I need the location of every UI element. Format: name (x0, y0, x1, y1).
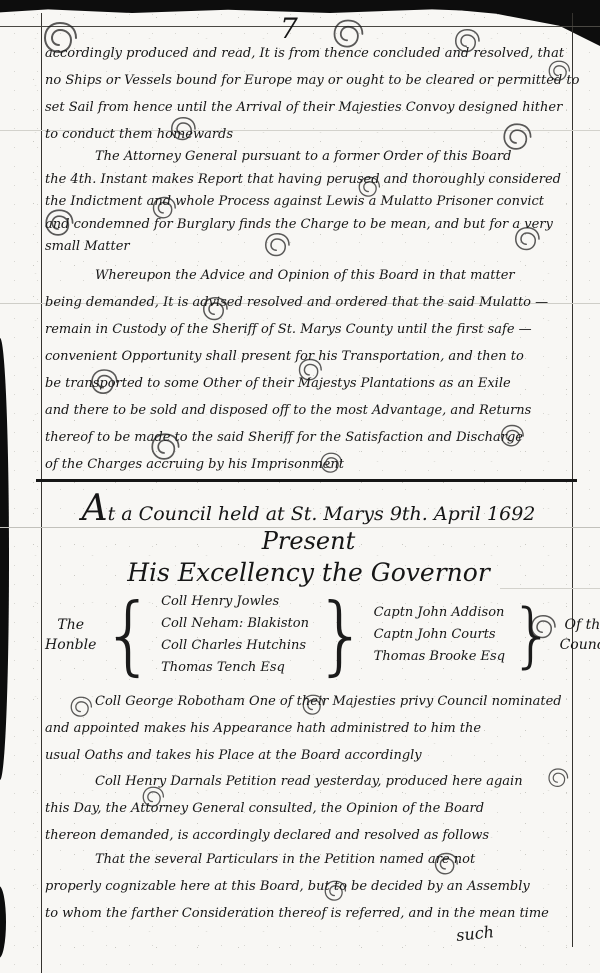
paragraph-ships-order: accordingly produced and read, It is fro… (45, 40, 572, 148)
council-member: Captn John Courts (374, 624, 505, 646)
manuscript-line: and appointed makes his Appearance hath … (45, 715, 572, 742)
manuscript-line: and condemned for Burglary finds the Cha… (45, 214, 572, 237)
council-member: Coll Henry Jowles (161, 591, 309, 613)
curly-brace-close: } (510, 598, 555, 672)
council-column-2: Captn John Addison Captn John Courts Tho… (374, 602, 505, 668)
council-label-line1: Of the (560, 615, 600, 635)
of-the-council-label: Of the Council (560, 615, 600, 655)
manuscript-line: this Day, the Attorney General consulted… (45, 795, 572, 822)
council-member: Captn John Addison (374, 602, 505, 624)
scan-artifact-gutter (0, 338, 9, 780)
manuscript-line: accordingly produced and read, It is fro… (45, 40, 572, 67)
manuscript-line: the 4th. Instant makes Report that havin… (45, 169, 572, 192)
faint-rule-4 (500, 588, 600, 589)
paragraph-petition-resolution: That the several Particulars in the Peti… (45, 846, 572, 927)
manuscript-page: { "colors": { "paper": "#f8f7f4", "ink":… (0, 0, 600, 973)
manuscript-line: the Indictment and whole Process against… (45, 191, 572, 214)
manuscript-line: and there to be sold and disposed off to… (45, 397, 572, 424)
section-divider-rule (36, 479, 577, 482)
honble-label: The Honble (45, 615, 96, 655)
council-member: Coll Charles Hutchins (161, 635, 309, 657)
manuscript-line: being demanded, It is advised resolved a… (45, 289, 572, 316)
paragraph-robotham-oath: Coll George Robotham One of their Majest… (45, 688, 572, 769)
council-members-block: The Honble { Coll Henry Jowles Coll Neha… (45, 590, 572, 680)
manuscript-line: of the Charges accruing by his Imprisonm… (45, 451, 572, 478)
manuscript-line: to conduct them homewards (45, 121, 572, 148)
curly-brace-open: { (101, 590, 156, 680)
manuscript-line: usual Oaths and takes his Place at the B… (45, 742, 572, 769)
left-margin-rule (41, 13, 42, 973)
page-number: 7 (280, 12, 298, 45)
manuscript-line: convenient Opportunity shall present for… (45, 343, 572, 370)
manuscript-line: small Matter (45, 236, 572, 259)
manuscript-line: properly cognizable here at this Board, … (45, 873, 572, 900)
manuscript-line: set Sail from hence until the Arrival of… (45, 94, 572, 121)
manuscript-line: Whereupon the Advice and Opinion of this… (45, 262, 572, 289)
council-member: Thomas Tench Esq (161, 657, 309, 679)
paragraph-darnal-petition: Coll Henry Darnals Petition read yesterd… (45, 768, 572, 849)
top-rule (0, 26, 600, 27)
manuscript-line: thereon demanded, is accordingly declare… (45, 822, 572, 849)
manuscript-line: Coll George Robotham One of their Majest… (45, 688, 572, 715)
scan-artifact-gutter-bottom (0, 886, 6, 958)
paragraph-attorney-general-report: The Attorney General pursuant to a forme… (45, 146, 572, 259)
manuscript-line: be transported to some Other of their Ma… (45, 370, 572, 397)
council-label-line2: Council (560, 635, 600, 655)
manuscript-line: The Attorney General pursuant to a forme… (45, 146, 572, 169)
council-member: Coll Neham: Blakiston (161, 613, 309, 635)
manuscript-line: remain in Custody of the Sheriff of St. … (45, 316, 572, 343)
present-heading: Present (45, 527, 572, 555)
council-member: Thomas Brooke Esq (374, 646, 505, 668)
manuscript-line: thereof to be made to the said Sheriff f… (45, 424, 572, 451)
paragraph-mulatto-resolution: Whereupon the Advice and Opinion of this… (45, 262, 572, 478)
session-heading: At a Council held at St. Marys 9th. Apri… (45, 488, 572, 529)
manuscript-line: no Ships or Vessels bound for Europe may… (45, 67, 572, 94)
council-column-1: Coll Henry Jowles Coll Neham: Blakiston … (161, 591, 309, 679)
honble-label-line2: Honble (45, 635, 96, 655)
manuscript-line: That the several Particulars in the Peti… (45, 846, 572, 873)
governor-heading: His Excellency the Governor (45, 558, 572, 587)
manuscript-line: Coll Henry Darnals Petition read yesterd… (45, 768, 572, 795)
curly-brace-close: } (314, 590, 369, 680)
honble-label-line1: The (45, 615, 96, 635)
